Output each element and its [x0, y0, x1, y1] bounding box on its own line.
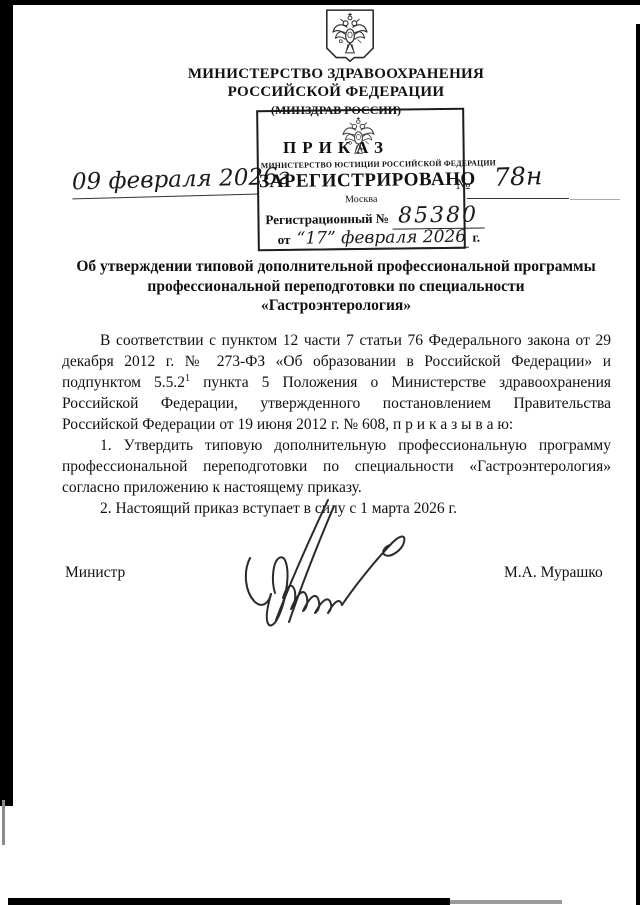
registration-stamp: МИНИСТЕРСТВО ЮСТИЦИИ РОССИЙСКОЙ ФЕДЕРАЦИ…	[256, 108, 466, 252]
paragraph-preamble: В соответствии с пунктом 12 части 7 стат…	[62, 330, 611, 435]
order-body: В соответствии с пунктом 12 части 7 стат…	[62, 330, 611, 519]
stamp-eagle-icon	[334, 115, 383, 160]
ministry-name: МИНИСТЕРСТВО ЗДРАВООХРАНЕНИЯ РОССИЙСКОЙ …	[60, 66, 612, 101]
order-title: Об утверждении типовой дополнительной пр…	[58, 257, 614, 316]
minister-name: М.А. Мурашко	[504, 564, 603, 582]
ministry-name-line1: МИНИСТЕРСТВО ЗДРАВООХРАНЕНИЯ	[60, 66, 612, 84]
order-title-line1: Об утверждении типовой дополнительной пр…	[58, 257, 614, 277]
scanned-document-page: МИНИСТЕРСТВО ЗДРАВООХРАНЕНИЯ РОССИЙСКОЙ …	[0, 0, 640, 905]
number-underline-2	[570, 199, 620, 200]
scan-edge-right	[636, 24, 640, 905]
scan-edge-top	[0, 0, 640, 5]
scan-edge-bottom-gray	[450, 900, 562, 904]
stamp-registered-label: ЗАРЕГИСТРИРОВАНО	[259, 169, 463, 193]
stamp-date-line: от “17” февраля 2026 г.	[278, 227, 481, 249]
scan-edge-left-fade	[2, 800, 5, 845]
minister-signature	[240, 496, 415, 636]
handwritten-order-date: 09 февраля 2026г	[72, 165, 259, 200]
stamp-year-suffix: г.	[472, 230, 480, 245]
stamp-reg-label: Регистрационный №	[265, 211, 389, 228]
paragraph-item-1: 1. Утвердить типовую дополнительную проф…	[62, 435, 611, 498]
minister-position-label: Министр	[65, 564, 125, 582]
number-underline	[467, 198, 569, 199]
coat-of-arms-icon	[322, 8, 378, 66]
order-title-line3: «Гастроэнтерология»	[58, 296, 614, 316]
order-title-line2: профессиональной переподготовки по специ…	[58, 277, 614, 297]
scan-edge-left	[0, 0, 13, 806]
stamp-handwritten-date: “17” февраля 2026	[294, 227, 470, 250]
scan-edge-bottom	[8, 898, 450, 905]
ministry-name-line2: РОССИЙСКОЙ ФЕДЕРАЦИИ	[60, 84, 612, 102]
stamp-reg-number: 85380	[392, 202, 484, 229]
stamp-from-label: от	[278, 232, 291, 247]
handwritten-order-number: 78н	[494, 161, 543, 192]
